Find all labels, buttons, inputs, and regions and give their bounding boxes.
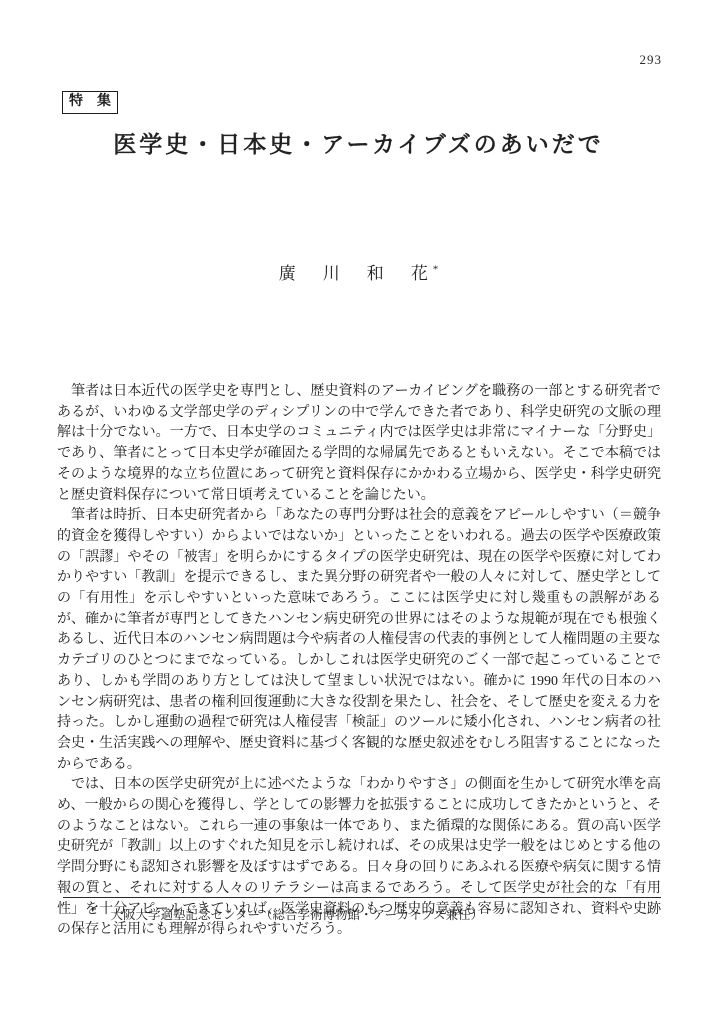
author-name: 廣 川 和 花 (279, 264, 433, 283)
body-paragraph: 筆者は時折、日本史研究者から「あなたの専門分野は社会的意義をアピールしやすい（＝… (57, 506, 661, 775)
article-body: 筆者は日本近代の医学史を専門とし、歴史資料のアーカイビングを職務の一部とする研究… (57, 382, 661, 941)
page-number: 293 (640, 52, 663, 68)
footnote-divider (63, 897, 661, 898)
author-line: 廣 川 和 花* (0, 259, 717, 284)
footnote-mark: * (91, 902, 97, 920)
article-title: 医学史・日本史・アーカイブズのあいだで (0, 126, 717, 159)
footnote: *大阪大学適塾記念センター（総合学術博物館・アーカイブズ兼任） (63, 902, 661, 924)
author-footnote-mark: * (433, 263, 439, 275)
body-paragraph: 筆者は日本近代の医学史を専門とし、歴史資料のアーカイビングを職務の一部とする研究… (57, 382, 661, 506)
journal-page: 293 特 集 医学史・日本史・アーカイブズのあいだで 廣 川 和 花* 筆者は… (0, 0, 717, 1012)
footnote-text: 大阪大学適塾記念センター（総合学術博物館・アーカイブズ兼任） (111, 908, 484, 922)
feature-label-box: 特 集 (62, 91, 118, 114)
